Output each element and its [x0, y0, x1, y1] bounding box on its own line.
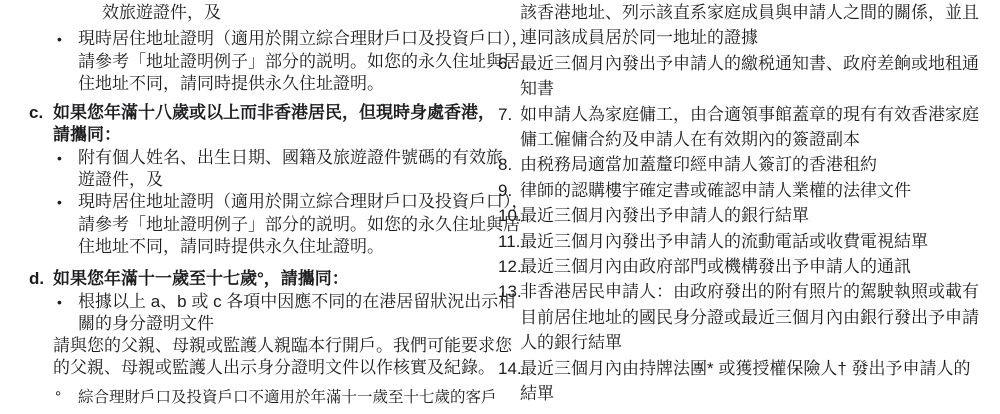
text-line: 請參考「地址證明例子」部分的説明。如您的永久住址與居	[78, 51, 497, 73]
text-line: 請參考「地址證明例子」部分的説明。如您的永久住址與居	[78, 214, 497, 236]
item-number: 13.	[498, 279, 522, 304]
text-line: 的父親、母親或監護人出示身分證明文件以作核實及紀錄。	[53, 357, 497, 379]
numbered-item-12: 12. 最近三個月內由政府部門或機構發出予申請人的通訊	[498, 254, 998, 279]
item-number: 11.	[498, 229, 520, 254]
text-line: 連同該成員居於同一地址的證據	[520, 25, 998, 50]
text-line: 非香港居民申請人：由政府發出的附有照片的駕駛執照或載有	[520, 279, 998, 304]
text-line: 請攜同：	[53, 124, 497, 146]
numbered-item-9: 9. 律師的認購樓宇確定書或確認申請人業權的法律文件	[498, 178, 998, 203]
text-line: 如果您年滿十一歲至十七歲°，請攜同：	[53, 268, 497, 290]
numbered-item-7: 7. 如申請人為家庭傭工，由合適領事館蓋章的現有有效香港家庭 傭工僱傭合約及申請…	[498, 102, 998, 153]
bullet-marker: •	[57, 147, 62, 169]
text-line: 由税務局適當加蓋釐印經申請人簽訂的香港租約	[520, 152, 998, 177]
item-5-continuation: 該香港地址、列示該直系家庭成員與申請人之間的關係，並且 連同該成員居於同一地址的…	[498, 0, 998, 51]
numbered-item-11: 11. 最近三個月內發出予申請人的流動電話或收費電視結單	[498, 229, 998, 254]
text-line: 律師的認購樓宇確定書或確認申請人業權的法律文件	[520, 178, 998, 203]
text-line: 住地址不同，請同時提供永久住址證明。	[78, 73, 497, 95]
text-line: 如申請人為家庭傭工，由合適領事館蓋章的現有有效香港家庭	[520, 102, 998, 127]
numbered-item-13: 13. 非香港居民申請人：由政府發出的附有照片的駕駛執照或載有 目前居住地址的國…	[498, 279, 998, 355]
section-b-continuation-line: 效旅遊證件，及	[29, 2, 497, 24]
item-number: 10.	[498, 203, 522, 228]
section-d-heading: d. 如果您年滿十一歲至十七歲°，請攜同：	[29, 268, 497, 290]
text-line: 關的身分證明文件	[78, 313, 497, 335]
text-line: 知書	[520, 76, 998, 101]
footnote-marker: °	[55, 387, 61, 409]
item-number: 8.	[498, 152, 512, 177]
text-line: 遊證件，及	[78, 169, 497, 191]
text-line: 最近三個月內由政府部門或機構發出予申請人的通訊	[520, 254, 998, 279]
item-number: 9.	[498, 178, 512, 203]
right-column: 該香港地址、列示該直系家庭成員與申請人之間的關係，並且 連同該成員居於同一地址的…	[498, 0, 998, 407]
text-line: 請與您的父親、母親或監護人親臨本行開戶。我們可能要求您	[53, 335, 497, 357]
text-line: 綜合理財戶口及投資戶口不適用於年滿十一歲至十七歲的客戶	[78, 387, 497, 409]
text-line: 人的銀行結單	[520, 330, 998, 355]
bullet-item-residence-proof-c: • 現時居住地址證明（適用於開立綜合理財戶口及投資戶口）， 請參考「地址證明例子…	[29, 191, 497, 258]
section-d-label: d.	[29, 268, 44, 290]
text-line: 傭工僱傭合約及申請人在有效期內的簽證副本	[520, 127, 998, 152]
text-line: 最近三個月內發出予申請人的流動電話或收費電視結單	[520, 229, 998, 254]
text-line: 如果您年滿十八歲或以上而非香港居民，但現時身處香港，	[53, 102, 497, 124]
item-number: 14.	[498, 356, 522, 381]
numbered-item-10: 10. 最近三個月內發出予申請人的銀行結單	[498, 203, 998, 228]
text-line: 住地址不同，請同時提供永久住址證明。	[78, 236, 497, 258]
bullet-marker: •	[57, 191, 62, 213]
text-line: 最近三個月內發出予申請人的繳税通知書、政府差餉或地租通	[520, 51, 998, 76]
text-line: 根據以上 a、b 或 c 各項中因應不同的在港居留狀況出示相	[78, 291, 497, 313]
bullet-marker: •	[57, 28, 62, 50]
item-number: 7.	[498, 102, 512, 127]
text-line: 現時居住地址證明（適用於開立綜合理財戶口及投資戶口），	[78, 191, 497, 213]
bullet-item-residence-proof-b: • 現時居住地址證明（適用於開立綜合理財戶口及投資戶口）， 請參考「地址證明例子…	[29, 28, 497, 95]
numbered-item-8: 8. 由税務局適當加蓋釐印經申請人簽訂的香港租約	[498, 152, 998, 177]
left-column: 效旅遊證件，及 • 現時居住地址證明（適用於開立綜合理財戶口及投資戶口）， 請參…	[29, 2, 497, 409]
bullet-marker: •	[57, 291, 62, 313]
bullet-item-identity-document: • 根據以上 a、b 或 c 各項中因應不同的在港居留狀況出示相 關的身分證明文…	[29, 291, 497, 336]
text-line: 最近三個月內由持牌法團* 或獲授權保險人† 發出予申請人的	[520, 356, 998, 381]
section-c-heading: c. 如果您年滿十八歲或以上而非香港居民，但現時身處香港， 請攜同：	[29, 102, 497, 147]
text-line: 現時居住地址證明（適用於開立綜合理財戶口及投資戶口），	[78, 28, 497, 50]
text-line: 最近三個月內發出予申請人的銀行結單	[520, 203, 998, 228]
text-line: 結單	[520, 381, 998, 406]
document-page: 效旅遊證件，及 • 現時居住地址證明（適用於開立綜合理財戶口及投資戶口）， 請參…	[0, 0, 1000, 414]
item-number: 6.	[498, 51, 512, 76]
text-line: 該香港地址、列示該直系家庭成員與申請人之間的關係，並且	[520, 0, 998, 25]
numbered-item-6: 6. 最近三個月內發出予申請人的繳税通知書、政府差餉或地租通 知書	[498, 51, 998, 102]
footnote-age-restriction: ° 綜合理財戶口及投資戶口不適用於年滿十一歲至十七歲的客戶	[29, 387, 497, 409]
numbered-item-14: 14. 最近三個月內由持牌法團* 或獲授權保險人† 發出予申請人的 結單	[498, 356, 998, 407]
section-c-label: c.	[29, 102, 43, 124]
guardian-paragraph: 請與您的父親、母親或監護人親臨本行開戶。我們可能要求您 的父親、母親或監護人出示…	[29, 335, 497, 380]
bullet-item-travel-document: • 附有個人姓名、出生日期、國籍及旅遊證件號碼的有效旅 遊證件，及	[29, 147, 497, 192]
item-number: 12.	[498, 254, 522, 279]
text-line: 附有個人姓名、出生日期、國籍及旅遊證件號碼的有效旅	[78, 147, 497, 169]
text-line: 目前居住地址的國民身分證或最近三個月內由銀行發出予申請	[520, 305, 998, 330]
